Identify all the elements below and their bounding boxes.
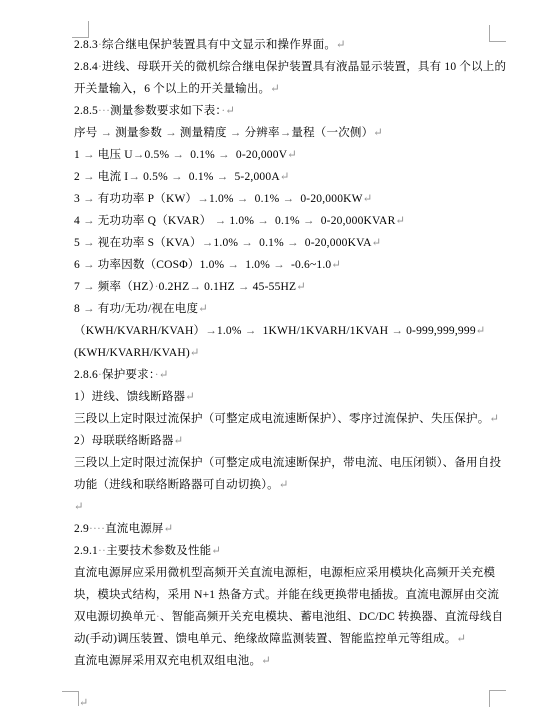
paragraph-mark: ↵ (456, 633, 466, 645)
tab-mark: → (205, 325, 217, 337)
space-mark: · (106, 105, 110, 117)
tab-mark: → (218, 149, 230, 161)
doc-line: 2.8.5···测量参数要求如下表：·↵ (74, 100, 514, 122)
tab-mark: → (238, 281, 250, 293)
space-mark: · (98, 39, 102, 51)
space-mark: · (156, 611, 160, 623)
doc-line: 6 → 功率因数（COSΦ）1.0% → 1.0% → -0.6~1.0↵ (74, 254, 514, 276)
paragraph-mark: ↵ (395, 215, 405, 227)
paragraph-mark: ↵ (489, 413, 499, 425)
doc-line: 开关量输入，6 个以上的开关量输出。↵ (74, 78, 514, 100)
doc-line: 三段以上定时限过流保护（可整定成电流速断保护）、零序过流保护、失压保护。↵ (74, 408, 514, 430)
tab-mark: → (303, 215, 315, 227)
space-mark: · (98, 369, 102, 381)
tab-mark: → (217, 171, 229, 183)
tab-mark: → (282, 193, 294, 205)
tab-mark: → (83, 281, 95, 293)
tab-mark: → (83, 193, 95, 205)
tab-mark: → (83, 237, 95, 249)
paragraph-mark: ↵ (164, 523, 174, 535)
tab-mark: → (133, 149, 145, 161)
tab-mark: → (237, 193, 249, 205)
tab-mark: → (128, 171, 140, 183)
paragraph-mark: ↵ (331, 259, 341, 271)
space-mark: · (102, 545, 106, 557)
doc-line: 块，模块式结构，采用 N+1 热备方式。并能在线更换带电插拔。直流电源屏由交流 (74, 584, 514, 606)
doc-line: 1）进线、馈线断路器↵ (74, 386, 514, 408)
tab-mark: → (172, 149, 184, 161)
paragraph-mark: ↵ (74, 501, 84, 513)
crop-mark-bottom-left (62, 691, 79, 706)
tab-mark: → (83, 303, 95, 315)
tab-mark: → (83, 259, 95, 271)
word-document-page: { "page": { "background": "#ffffff", "te… (0, 0, 537, 724)
doc-line: (KWH/KVARH/KVAH)↵ (74, 342, 514, 364)
paragraph-mark: ↵ (336, 39, 346, 51)
doc-line: 序号 → 测量参数 → 测量精度 → 分辨率→量程（一次侧）↵ (74, 122, 514, 144)
doc-line: 7 → 频率（HZ）·0.2HZ→ 0.1HZ → 45-55HZ↵ (74, 276, 514, 298)
doc-line: 2.9····直流电源屏↵ (74, 518, 514, 540)
tab-mark: → (171, 171, 183, 183)
doc-line: 5 → 视在功率 S（KVA）→1.0% → 0.1% → 0-20,000KV… (74, 232, 514, 254)
tab-mark: → (241, 237, 253, 249)
tab-mark: → (100, 127, 112, 139)
paragraph-mark: ↵ (174, 435, 184, 447)
paragraph-mark: ↵ (190, 347, 200, 359)
doc-line: 三段以上定时限过流保护（可整定成电流速断保护，带电流、电压闭锁）、备用自投 (74, 452, 514, 474)
tab-mark: → (83, 171, 95, 183)
tab-mark: → (215, 215, 227, 227)
paragraph-mark: ↵ (476, 325, 486, 337)
doc-line: 8 → 有功/无功/视在电度↵ (74, 298, 514, 320)
paragraph-mark: ↵ (211, 545, 221, 557)
tab-mark: → (273, 259, 285, 271)
tab-mark: → (202, 237, 214, 249)
paragraph-mark: ↵ (363, 193, 373, 205)
paragraph-mark: ↵ (372, 237, 382, 249)
doc-line: 4 → 无功功率 Q（KVAR） → 1.0% → 0.1% → 0-20,00… (74, 210, 514, 232)
paragraph-mark: ↵ (296, 281, 306, 293)
space-mark: · (98, 61, 102, 73)
document-text-area[interactable]: 2.8.3·综合继电保护装置具有中文显示和操作界面。↵ 2.8.4·进线、母联开… (74, 34, 514, 672)
crop-mark-bottom-right (489, 690, 506, 707)
doc-line: 功能（进线和联络断路器可自动切换）。↵ (74, 474, 514, 496)
tab-mark: → (83, 149, 95, 161)
tab-mark: → (227, 259, 239, 271)
doc-line: 2.8.4·进线、母联开关的微机综合继电保护装置具有液晶显示装置，具有 10 个… (74, 56, 514, 78)
doc-line: 直流电源屏应采用微机型高频开关直流电源柜，电源柜应采用模块化高频开关充模 (74, 562, 514, 584)
space-mark: · (155, 281, 159, 293)
paragraph-mark: ↵ (225, 105, 235, 117)
doc-line: ↵ (74, 496, 514, 518)
paragraph-mark: ↵ (185, 391, 195, 403)
tab-mark: → (287, 237, 299, 249)
doc-line: 双电源切换单元·、智能高频开关充电模块、蓄电池组、DC/DC 转换器、直流母线自 (74, 606, 514, 628)
tab-mark: → (280, 127, 292, 139)
doc-line: 直流电源屏采用双充电机双组电池。↵ (74, 650, 514, 672)
tab-mark: → (257, 215, 269, 227)
paragraph-mark: ↵ (270, 83, 280, 95)
paragraph-mark: ↵ (287, 149, 297, 161)
paragraph-mark: ↵ (261, 655, 271, 667)
tab-mark: → (83, 215, 95, 227)
doc-line: 2.8.6·保护要求：·↵ (74, 364, 514, 386)
paragraph-mark-below-boundary: ↵ (79, 696, 88, 710)
space-mark: · (101, 523, 105, 535)
doc-line: （KWH/KVARH/KVAH）→1.0% → 1KWH/1KVARH/1KVA… (74, 320, 514, 342)
paragraph-mark: ↵ (280, 171, 290, 183)
doc-line: 2）母联联络断路器↵ (74, 430, 514, 452)
doc-line: 2.8.3·综合继电保护装置具有中文显示和操作界面。↵ (74, 34, 514, 56)
doc-line: 2 → 电流 I→ 0.5% → 0.1% → 5-2,000A↵ (74, 166, 514, 188)
tab-mark: → (189, 281, 201, 293)
tab-mark: → (197, 193, 209, 205)
doc-line: 1 → 电压 U→0.5% → 0.1% → 0-20,000V↵ (74, 144, 514, 166)
doc-line: 3 → 有功功率 P（KW）→1.0% → 0.1% → 0-20,000KW↵ (74, 188, 514, 210)
tab-mark: → (245, 325, 257, 337)
doc-line: 动(手动)调压装置、馈电单元、绝缘故障监测装置、智能监控单元等组成。↵ (74, 628, 514, 650)
tab-mark: → (391, 325, 403, 337)
document-canvas: ↵ 2.8.3·综合继电保护装置具有中文显示和操作界面。↵ 2.8.4·进线、母… (0, 0, 537, 724)
paragraph-mark: ↵ (198, 303, 208, 315)
doc-line: 2.9.1··主要技术参数及性能↵ (74, 540, 514, 562)
tab-mark: → (165, 127, 177, 139)
paragraph-mark: ↵ (279, 479, 289, 491)
paragraph-mark: ↵ (159, 369, 169, 381)
paragraph-mark: ↵ (373, 127, 383, 139)
tab-mark: → (230, 127, 242, 139)
